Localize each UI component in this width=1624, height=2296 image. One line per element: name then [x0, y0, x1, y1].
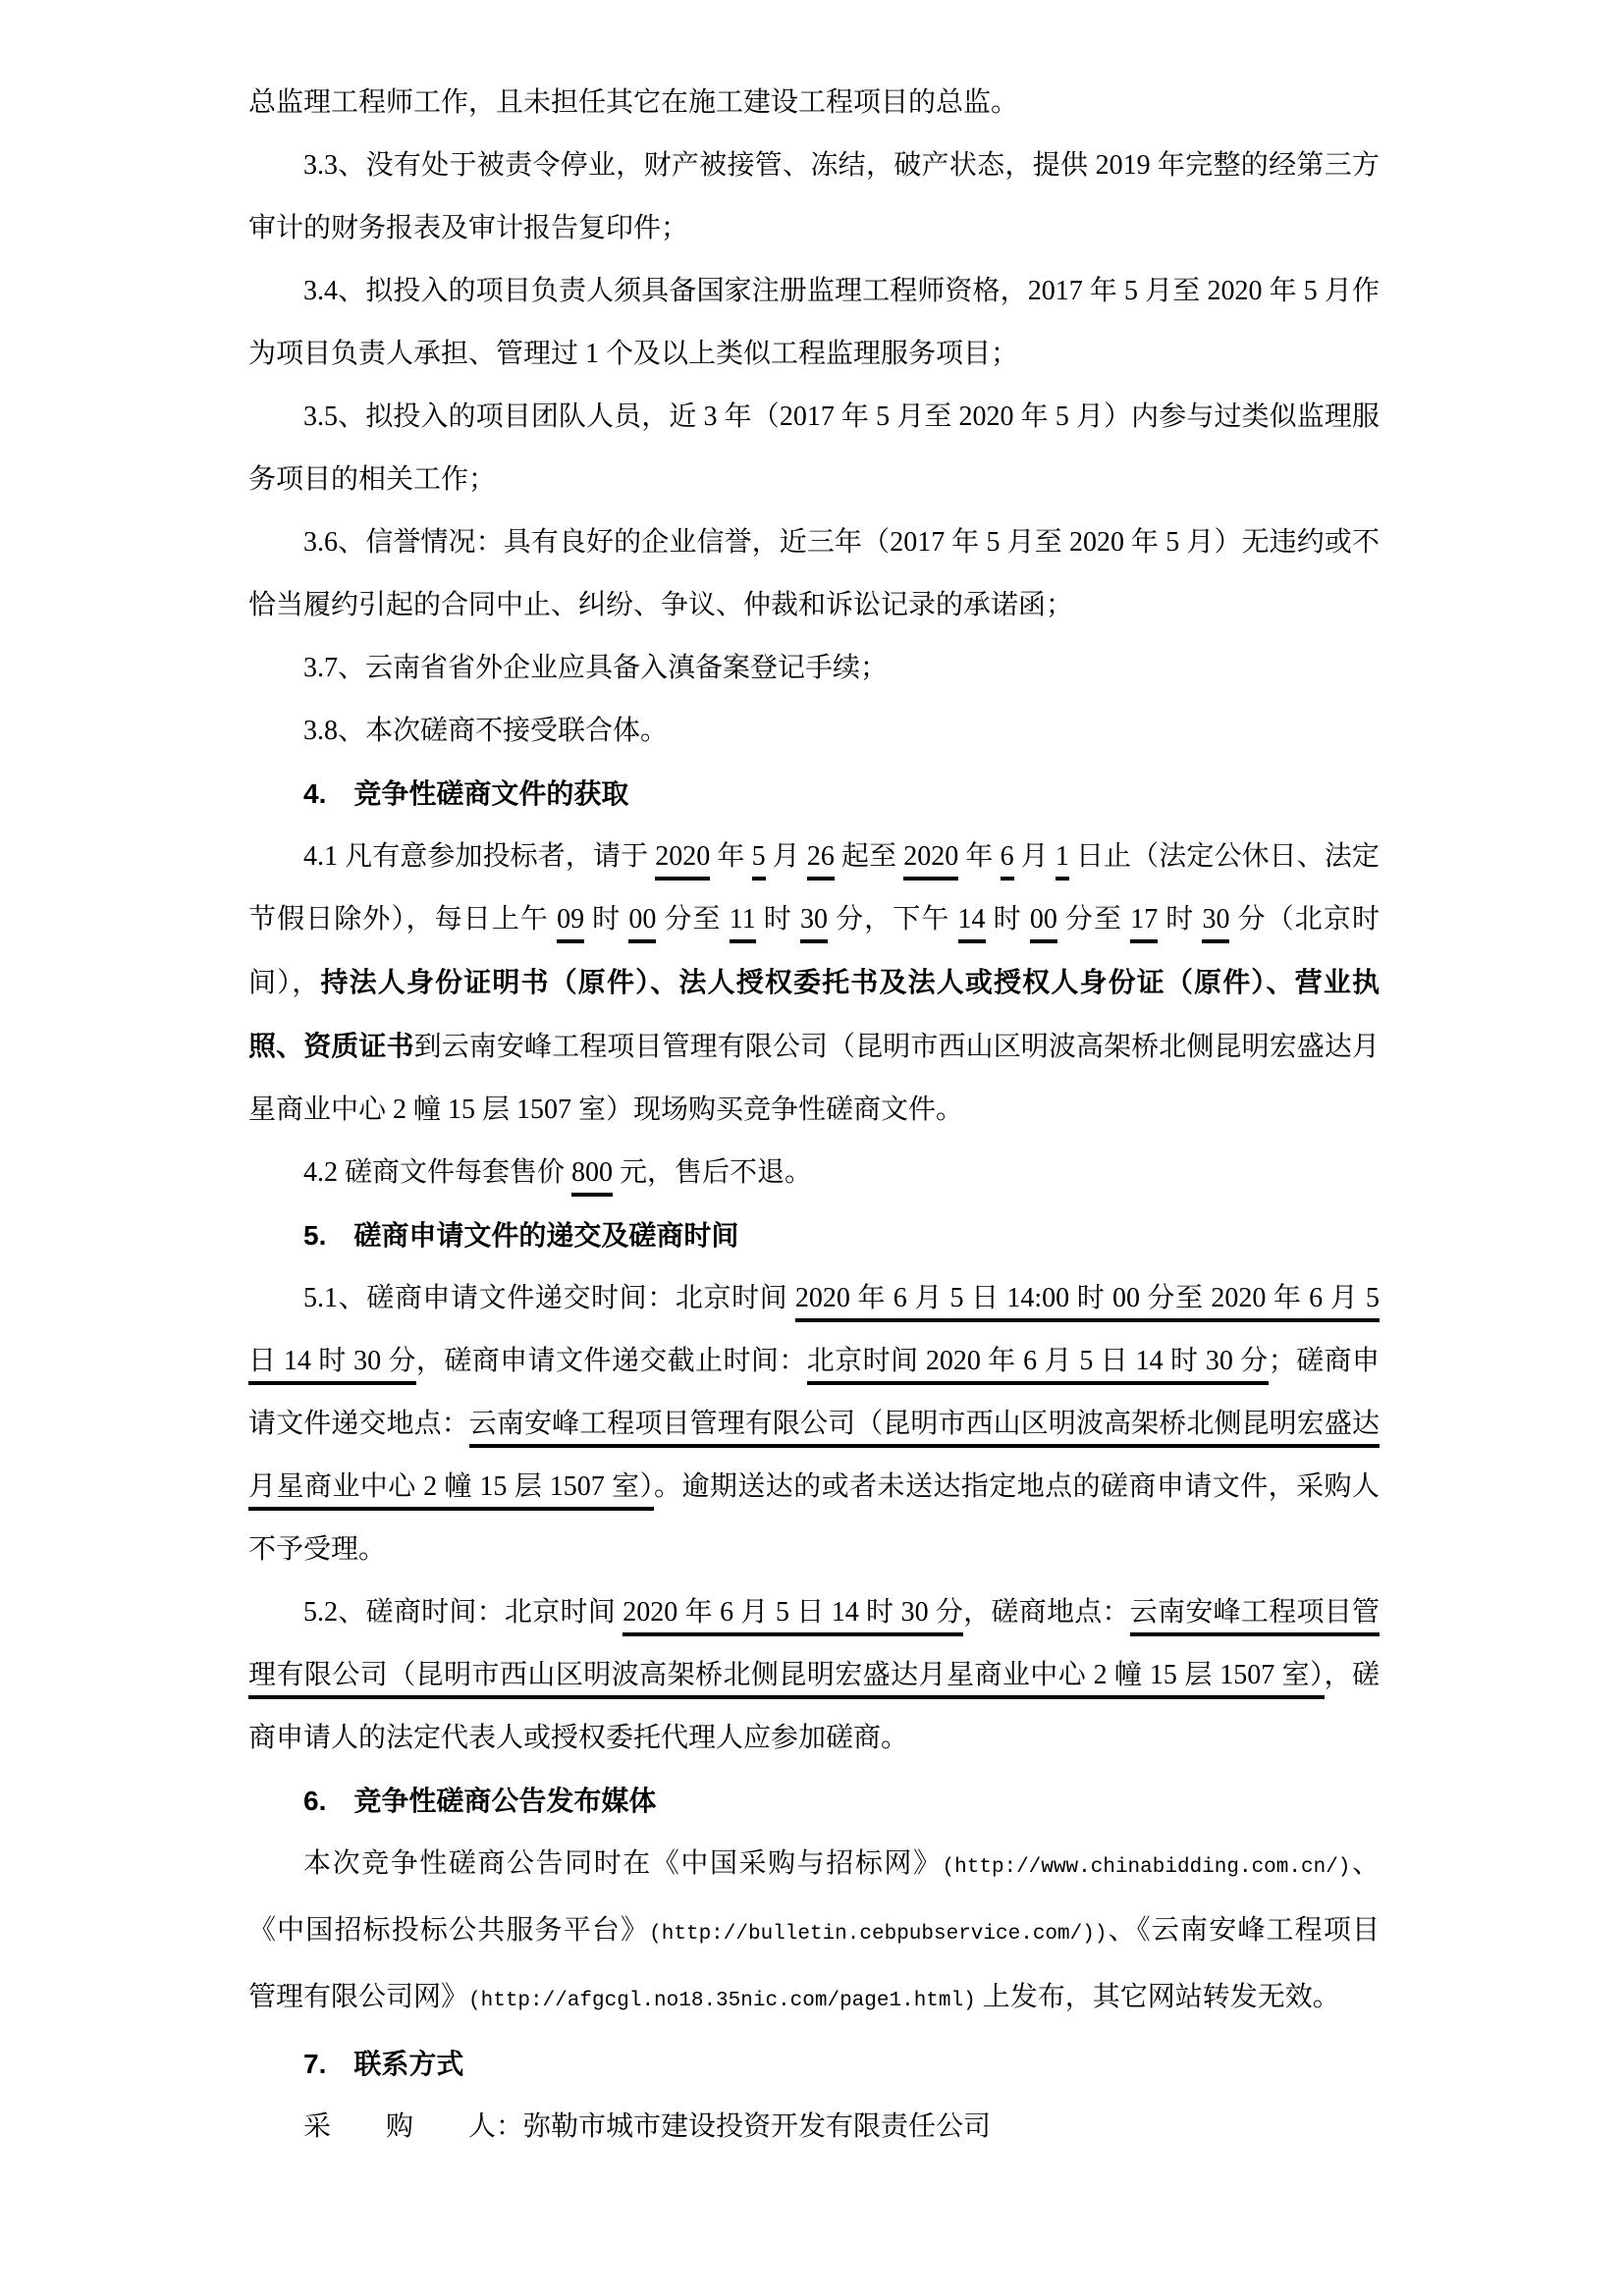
text-segment: 月	[1014, 841, 1056, 872]
text-segment: 时	[756, 904, 800, 934]
text-segment: 分至	[1057, 904, 1130, 934]
paragraph: 3.7、云南省省外企业应具备入滇备案登记手续；	[248, 637, 1380, 700]
url-text: (http://bulletin.cebpubservice.com/))	[649, 1923, 1107, 1946]
underlined-text: 北京时间 2020 年 6 月 5 日 14 时 30 分	[807, 1346, 1269, 1385]
text-segment: 元，售后不退。	[613, 1157, 812, 1188]
text-segment: 5. 磋商申请文件的递交及磋商时间	[303, 1220, 738, 1251]
url-text: (http://www.chinabidding.com.cn/)	[943, 1856, 1351, 1879]
text-segment: 3.6、信誉情况：具有良好的企业信誉，近三年（2017 年 5 月至 2020 …	[248, 527, 1380, 620]
text-segment: 上发布，其它网站转发无效。	[976, 1982, 1340, 2012]
text-segment: 年	[958, 841, 1000, 872]
text-segment: 3.5、拟投入的项目团队人员，近 3 年（2017 年 5 月至 2020 年 …	[248, 401, 1380, 495]
text-segment: 3.4、拟投入的项目负责人须具备国家注册监理工程师资格，2017 年 5 月至 …	[248, 276, 1380, 369]
section-heading: 5. 磋商申请文件的递交及磋商时间	[248, 1204, 1380, 1267]
underlined-text: 11	[730, 904, 756, 943]
paragraph: 3.3、没有处于被责令停业，财产被接管、冻结，破产状态，提供 2019 年完整的…	[248, 134, 1380, 260]
paragraph: 3.4、拟投入的项目负责人须具备国家注册监理工程师资格，2017 年 5 月至 …	[248, 260, 1380, 386]
paragraph: 5.2、磋商时间：北京时间 2020 年 6 月 5 日 14 时 30 分，磋…	[248, 1581, 1380, 1770]
text-segment: 4.2 磋商文件每套售价	[303, 1157, 571, 1188]
underlined-text: 26	[807, 841, 835, 881]
underlined-text: 800	[571, 1157, 613, 1197]
text-segment: 时	[986, 904, 1030, 934]
paragraph: 4.1 凡有意参加投标者，请于 2020 年 5 月 26 起至 2020 年 …	[248, 826, 1380, 1142]
text-segment: 月	[766, 841, 807, 872]
text-segment: 起至	[835, 841, 903, 872]
underlined-text: 1	[1056, 841, 1069, 881]
text-segment: 到云南安峰工程项目管理有限公司（昆明市西山区明波高架桥北侧昆明宏盛达月星商业中心…	[248, 1032, 1380, 1125]
text-segment: 3.3、没有处于被责令停业，财产被接管、冻结，破产状态，提供 2019 年完整的…	[248, 150, 1380, 243]
text-segment: 时	[1158, 904, 1202, 934]
text-segment: 6. 竞争性磋商公告发布媒体	[303, 1786, 656, 1816]
paragraph: 4.2 磋商文件每套售价 800 元，售后不退。	[248, 1142, 1380, 1204]
text-segment: 5.2、磋商时间：北京时间	[303, 1597, 623, 1628]
underlined-text: 30	[800, 904, 828, 943]
underlined-text: 17	[1130, 904, 1158, 943]
text-segment: 分，下午	[828, 904, 958, 934]
paragraph: 采 购 人：弥勒市城市建设投资开发有限责任公司	[248, 2096, 1380, 2159]
text-segment: 时	[584, 904, 628, 934]
underlined-text: 09	[557, 904, 584, 943]
text-segment: 5.1、磋商申请文件递交时间：北京时间	[303, 1283, 795, 1313]
text-segment: ，磋商申请文件递交截止时间：	[416, 1346, 807, 1376]
paragraph: 3.8、本次磋商不接受联合体。	[248, 700, 1380, 763]
underlined-text: 14	[958, 904, 986, 943]
text-segment: 7. 联系方式	[303, 2049, 463, 2079]
underlined-text: 00	[1030, 904, 1057, 943]
section-heading: 7. 联系方式	[248, 2033, 1380, 2096]
url-text: (http://afgcgl.no18.35nic.com/page1.html…	[468, 1990, 976, 2012]
text-segment: 本次竞争性磋商公告同时在《中国采购与招标网》	[303, 1848, 943, 1879]
section-heading: 4. 竞争性磋商文件的获取	[248, 763, 1380, 826]
underlined-text: 6	[1001, 841, 1014, 881]
text-segment: 3.8、本次磋商不接受联合体。	[303, 716, 668, 746]
paragraph: 本次竞争性磋商公告同时在《中国采购与招标网》(http://www.chinab…	[248, 1833, 1380, 2033]
paragraph: 总监理工程师工作，且未担任其它在施工建设工程项目的总监。	[248, 72, 1380, 134]
text-segment: 3.7、云南省省外企业应具备入滇备案登记手续；	[303, 653, 888, 683]
paragraph: 5.1、磋商申请文件递交时间：北京时间 2020 年 6 月 5 日 14:00…	[248, 1267, 1380, 1581]
underlined-text: 30	[1202, 904, 1229, 943]
underlined-text: 2020	[655, 841, 710, 881]
paragraph: 3.5、拟投入的项目团队人员，近 3 年（2017 年 5 月至 2020 年 …	[248, 386, 1380, 511]
text-segment: 采 购 人：弥勒市城市建设投资开发有限责任公司	[303, 2111, 991, 2142]
text-segment: 年	[710, 841, 751, 872]
underlined-text: 2020	[903, 841, 958, 881]
underlined-text: 2020 年 6 月 5 日 14 时 30 分	[623, 1597, 963, 1636]
underlined-text: 5	[752, 841, 766, 881]
text-segment: 4. 竞争性磋商文件的获取	[303, 778, 628, 809]
text-segment: 分至	[656, 904, 729, 934]
document-body: 总监理工程师工作，且未担任其它在施工建设工程项目的总监。3.3、没有处于被责令停…	[248, 72, 1380, 2159]
section-heading: 6. 竞争性磋商公告发布媒体	[248, 1770, 1380, 1833]
text-segment: 总监理工程师工作，且未担任其它在施工建设工程项目的总监。	[248, 87, 1018, 118]
paragraph: 3.6、信誉情况：具有良好的企业信誉，近三年（2017 年 5 月至 2020 …	[248, 511, 1380, 637]
page: { "colors": { "text": "#000000", "backgr…	[0, 0, 1624, 2296]
text-segment: 4.1 凡有意参加投标者，请于	[303, 841, 655, 872]
underlined-text: 00	[628, 904, 656, 943]
text-segment: ，磋商地点：	[963, 1597, 1130, 1628]
